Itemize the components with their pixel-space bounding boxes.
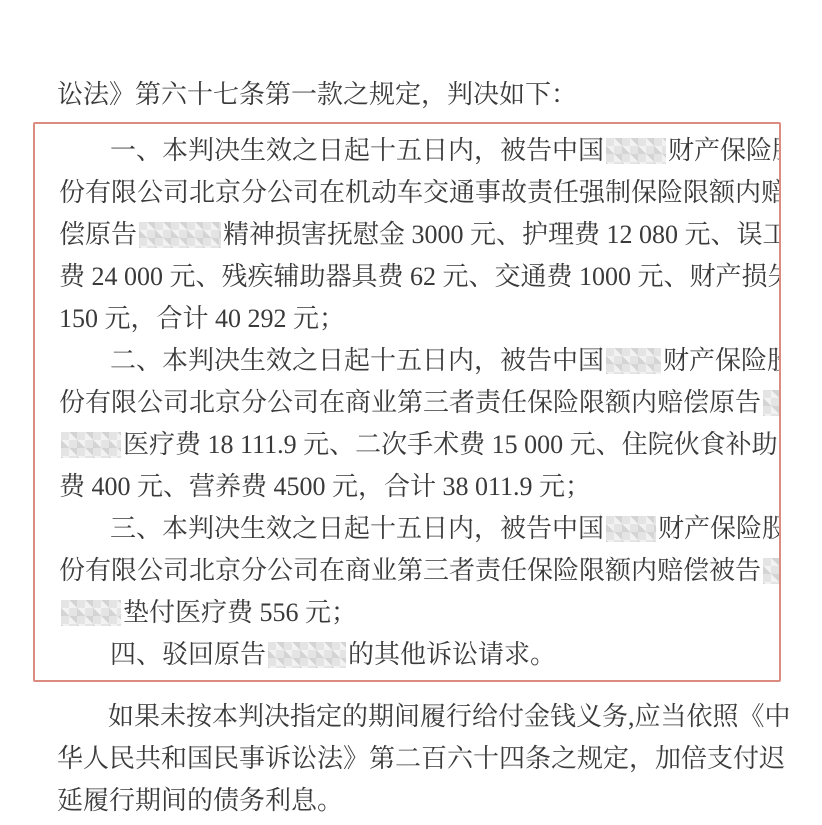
text-segment: 二、本判决生效之日起十五日内，被告中国 xyxy=(110,346,604,375)
redacted-text xyxy=(61,432,121,458)
judgment-item-1-line-1: 一、本判决生效之日起十五日内，被告中国财产保险股 xyxy=(59,130,775,172)
text-segment: 的其他诉讼请求。 xyxy=(348,640,556,669)
text-segment: 四、驳回原告 xyxy=(110,640,266,669)
redacted-text xyxy=(606,138,666,164)
redacted-text xyxy=(763,558,781,584)
text-segment: 财产保险股 xyxy=(668,136,781,165)
closing-line-3: 延履行期间的债务利息。 xyxy=(57,780,784,822)
redacted-text xyxy=(268,642,346,668)
redacted-text xyxy=(61,600,121,626)
judgment-item-4-line-1: 四、驳回原告的其他诉讼请求。 xyxy=(59,634,775,676)
judgment-highlight-box: 一、本判决生效之日起十五日内，被告中国财产保险股 份有限公司北京分公司在机动车交… xyxy=(33,122,781,682)
judgment-item-1-line-4: 费 24 000 元、残疾辅助器具费 62 元、交通费 1000 元、财产损失 xyxy=(59,256,775,298)
intro-line: 讼法》第六十七条第一款之规定，判决如下： xyxy=(57,74,784,116)
judgment-item-3-line-1: 三、本判决生效之日起十五日内，被告中国财产保险股 xyxy=(59,508,775,550)
text-segment: 精神损害抚慰金 3000 元、护理费 12 080 元、误工 xyxy=(223,220,781,249)
redacted-text xyxy=(606,348,661,374)
text-segment: 一、本判决生效之日起十五日内，被告中国 xyxy=(110,136,604,165)
redacted-text xyxy=(763,390,781,416)
text-segment: 三、本判决生效之日起十五日内，被告中国 xyxy=(110,514,604,543)
judgment-item-3-line-3: 垫付医疗费 556 元； xyxy=(59,592,775,634)
judgment-item-2-line-3: 医疗费 18 111.9 元、二次手术费 15 000 元、住院伙食补助 xyxy=(59,424,775,466)
text-segment: 财产保险股 xyxy=(658,514,781,543)
judgment-item-1-line-2: 份有限公司北京分公司在机动车交通事故责任强制保险限额内赔 xyxy=(59,172,775,214)
document-content: 讼法》第六十七条第一款之规定，判决如下： 一、本判决生效之日起十五日内，被告中国… xyxy=(0,0,822,822)
judgment-item-2-line-4: 费 400 元、营养费 4500 元，合计 38 011.9 元； xyxy=(59,466,775,508)
text-segment: 财产保险股 xyxy=(663,346,781,375)
closing-line-2: 华人民共和国民事诉讼法》第二百六十四条之规定，加倍支付迟 xyxy=(57,738,784,780)
closing-line-1: 如果未按本判决指定的期间履行给付金钱义务,应当依照《中 xyxy=(57,696,784,738)
judgment-item-1-line-5: 150 元，合计 40 292 元； xyxy=(59,298,775,340)
text-segment: 偿原告 xyxy=(59,220,137,249)
text-segment: 医疗费 18 111.9 元、二次手术费 15 000 元、住院伙食补助 xyxy=(123,430,778,459)
judgment-item-2-line-2: 份有限公司北京分公司在商业第三者责任保险限额内赔偿原告 xyxy=(59,382,775,424)
text-segment: 份有限公司北京分公司在商业第三者责任保险限额内赔偿被告 xyxy=(59,556,761,585)
redacted-text xyxy=(139,222,221,248)
judgment-item-1-line-3: 偿原告精神损害抚慰金 3000 元、护理费 12 080 元、误工 xyxy=(59,214,775,256)
text-segment: 份有限公司北京分公司在商业第三者责任保险限额内赔偿原告 xyxy=(59,388,761,417)
closing-paragraph: 如果未按本判决指定的期间履行给付金钱义务,应当依照《中 华人民共和国民事诉讼法》… xyxy=(57,696,784,822)
redacted-text xyxy=(606,516,656,542)
judgment-item-2-line-1: 二、本判决生效之日起十五日内，被告中国财产保险股 xyxy=(59,340,775,382)
court-judgment-page: 讼法》第六十七条第一款之规定，判决如下： 一、本判决生效之日起十五日内，被告中国… xyxy=(0,0,822,825)
judgment-item-3-line-2: 份有限公司北京分公司在商业第三者责任保险限额内赔偿被告 xyxy=(59,550,775,592)
text-segment: 垫付医疗费 556 元； xyxy=(123,598,357,627)
